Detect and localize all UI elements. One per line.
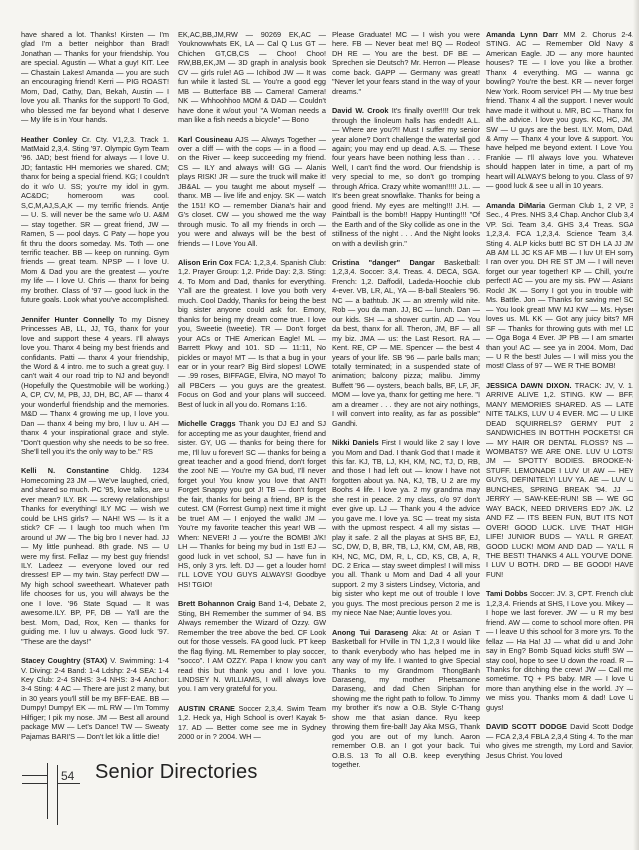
column-3: Please Graduate! MC — I wish you were he… (332, 30, 480, 780)
entry-david-dodge: DAVID SCOTT DODGE David Scott Dodge — FC… (486, 722, 634, 760)
footer-rule (58, 783, 80, 784)
entry-michelle-craggs: Michelle Craggs Thank you DJ EJ and SJ f… (178, 419, 326, 589)
senior-name: Michelle Craggs (178, 419, 236, 428)
senior-name: Jennifer Hunter Connelly (21, 315, 114, 324)
column-4: Amanda Lynn Darr MM 2. Chorus 2-4. STING… (486, 30, 634, 770)
entry-austin-crane: AUSTIN CRANE Soccer 2,3,4. Swim Team 1,2… (178, 704, 326, 742)
senior-name: Anong Tui Daraseng (332, 628, 408, 637)
entry-amanda-darr: Amanda Lynn Darr MM 2. Chorus 2-4. STING… (486, 30, 634, 191)
footer-rule (22, 783, 48, 784)
section-title: Senior Directories (95, 761, 258, 784)
entry-continued: EK,AC,BB,JM,RW — 90269 EK,AC — Youknowwh… (178, 30, 326, 125)
entry-alison-cox: Alison Erin Cox FCA: 1,2,3,4. Spanish Cl… (178, 258, 326, 409)
senior-name: Karl Cousineau (178, 135, 233, 144)
entry-tami-dobbs: Tami Dobbs Soccer: JV. 3, CPT. French cl… (486, 589, 634, 712)
entry-jennifer-connelly: Jennifer Hunter Connelly To my Disney Pr… (21, 315, 169, 457)
senior-name: Alison Erin Cox (178, 258, 233, 267)
senior-name: JESSICA DAWN DIXON. (486, 381, 572, 390)
column-1: have shared a lot. Thanks! Kirsten — I'm… (21, 30, 169, 751)
senior-name: Cristina "danger" Dangar (332, 258, 435, 267)
senior-name: AUSTIN CRANE (178, 704, 235, 713)
page-edge-shadow (633, 0, 639, 850)
entry-continued: Please Graduate! MC — I wish you were he… (332, 30, 480, 96)
page-footer: 54 Senior Directories (0, 775, 639, 850)
entry-jessica-dixon: JESSICA DAWN DIXON. TRACK: JV, V. 1. ARR… (486, 381, 634, 580)
senior-name: Kelli N. Constantine (21, 466, 109, 475)
senior-name: Heather Conley (21, 135, 77, 144)
senior-name: Tami Dobbs (486, 589, 528, 598)
senior-name: DAVID SCOTT DODGE (486, 722, 567, 731)
entry-kelli-constantine: Kelli N. Constantine Chldg. 1234 Homecom… (21, 466, 169, 646)
senior-name: Amanda DiMaria (486, 201, 545, 210)
entry-continued: have shared a lot. Thanks! Kirsten — I'm… (21, 30, 169, 125)
senior-name: Amanda Lynn Darr (486, 30, 558, 39)
entry-nikki-daniels: Nikki Daniels First I would like 2 say I… (332, 438, 480, 618)
entry-cristina-dangar: Cristina "danger" Dangar Basketball: 1,2… (332, 258, 480, 428)
entry-karl-cousineau: Karl Cousineau AJS — Always Together — o… (178, 135, 326, 248)
senior-name: Stacey Coughtry (STAX) (21, 656, 107, 665)
column-2: EK,AC,BB,JM,RW — 90269 EK,AC — Youknowwh… (178, 30, 326, 752)
footer-rule (47, 763, 48, 819)
senior-name: Brett Bohannon Craig (178, 599, 256, 608)
entry-david-crook: David W. Crook It's finally over!!!! Our… (332, 106, 480, 248)
page-number: 54 (61, 769, 74, 783)
footer-rule (57, 765, 58, 825)
entry-brett-craig: Brett Bohannon Craig Band 1-4, Debate 2,… (178, 599, 326, 694)
senior-name: Nikki Daniels (332, 438, 379, 447)
entry-stacey-coughtry: Stacey Coughtry (STAX) V. Swimming: 1-4 … (21, 656, 169, 741)
entry-amanda-dimaria: Amanda DiMaria German Club 1, 2 VP, 3 Se… (486, 201, 634, 371)
footer-rule (22, 775, 48, 776)
entry-heather-conley: Heather Conley Cr. Cty. V1,2,3. Track 1.… (21, 135, 169, 305)
senior-name: David W. Crook (332, 106, 388, 115)
entry-anong-daraseng: Anong Tui Daraseng Aka: At or Asian T Ba… (332, 628, 480, 770)
